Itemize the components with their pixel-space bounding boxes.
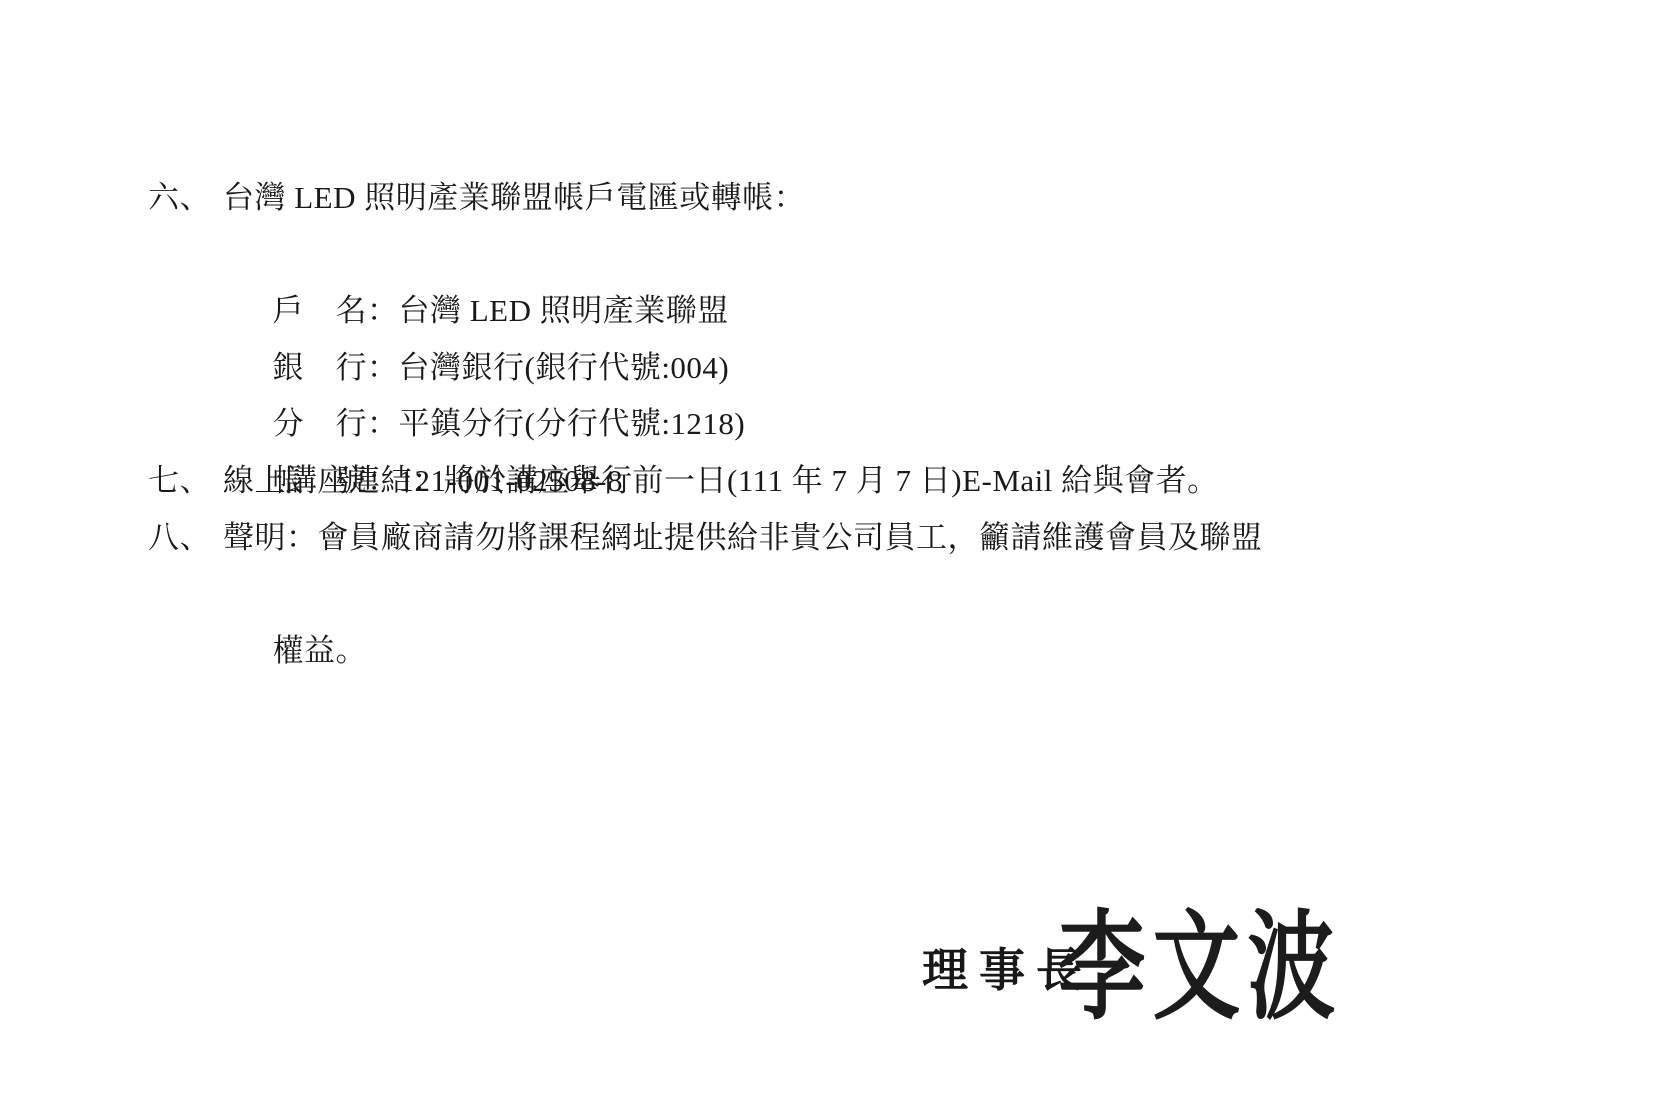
item-6-text: 台灣 LED 照明產業聯盟帳戶電匯或轉帳： [223, 170, 805, 227]
item-7-text: 線上講座連結：將於講座舉行前一日(111 年 7 月 7 日)E-Mail 給與… [223, 453, 1219, 510]
account-name-text: 戶 名：台灣 LED 照明產業聯盟 [273, 293, 729, 328]
item-8-number: 八、 [148, 510, 223, 567]
item-6-number: 六、 [148, 170, 223, 227]
branch-text: 分 行：平鎮分行(分行代號:1218) [273, 406, 746, 441]
list-item-6: 六、 台灣 LED 照明產業聯盟帳戶電匯或轉帳： [0, 170, 1654, 227]
item-7-number: 七、 [148, 453, 223, 510]
item-8-continuation-line: 權益。 [0, 566, 1654, 623]
document-body: 六、 台灣 LED 照明產業聯盟帳戶電匯或轉帳： 戶 名：台灣 LED 照明產業… [0, 170, 1654, 623]
chairman-title: 理事長 [922, 934, 1093, 1000]
item-8-text: 聲明：會員廠商請勿將課程網址提供給非貴公司員工，籲請維護會員及聯盟 [223, 510, 1263, 567]
chairman-name-signature: 李文波 [1058, 872, 1342, 1042]
list-item-8: 八、 聲明：會員廠商請勿將課程網址提供給非貴公司員工，籲請維護會員及聯盟 [0, 510, 1654, 567]
bank-text: 銀 行：台灣銀行(銀行代號:004) [273, 350, 730, 385]
list-item-7: 七、 線上講座連結：將於講座舉行前一日(111 年 7 月 7 日)E-Mail… [0, 453, 1654, 510]
item-8-continuation-text: 權益。 [273, 633, 368, 668]
account-name-line: 戶 名：台灣 LED 照明產業聯盟 [0, 227, 1654, 284]
document-page: 六、 台灣 LED 照明產業聯盟帳戶電匯或轉帳： 戶 名：台灣 LED 照明產業… [0, 0, 1654, 1111]
